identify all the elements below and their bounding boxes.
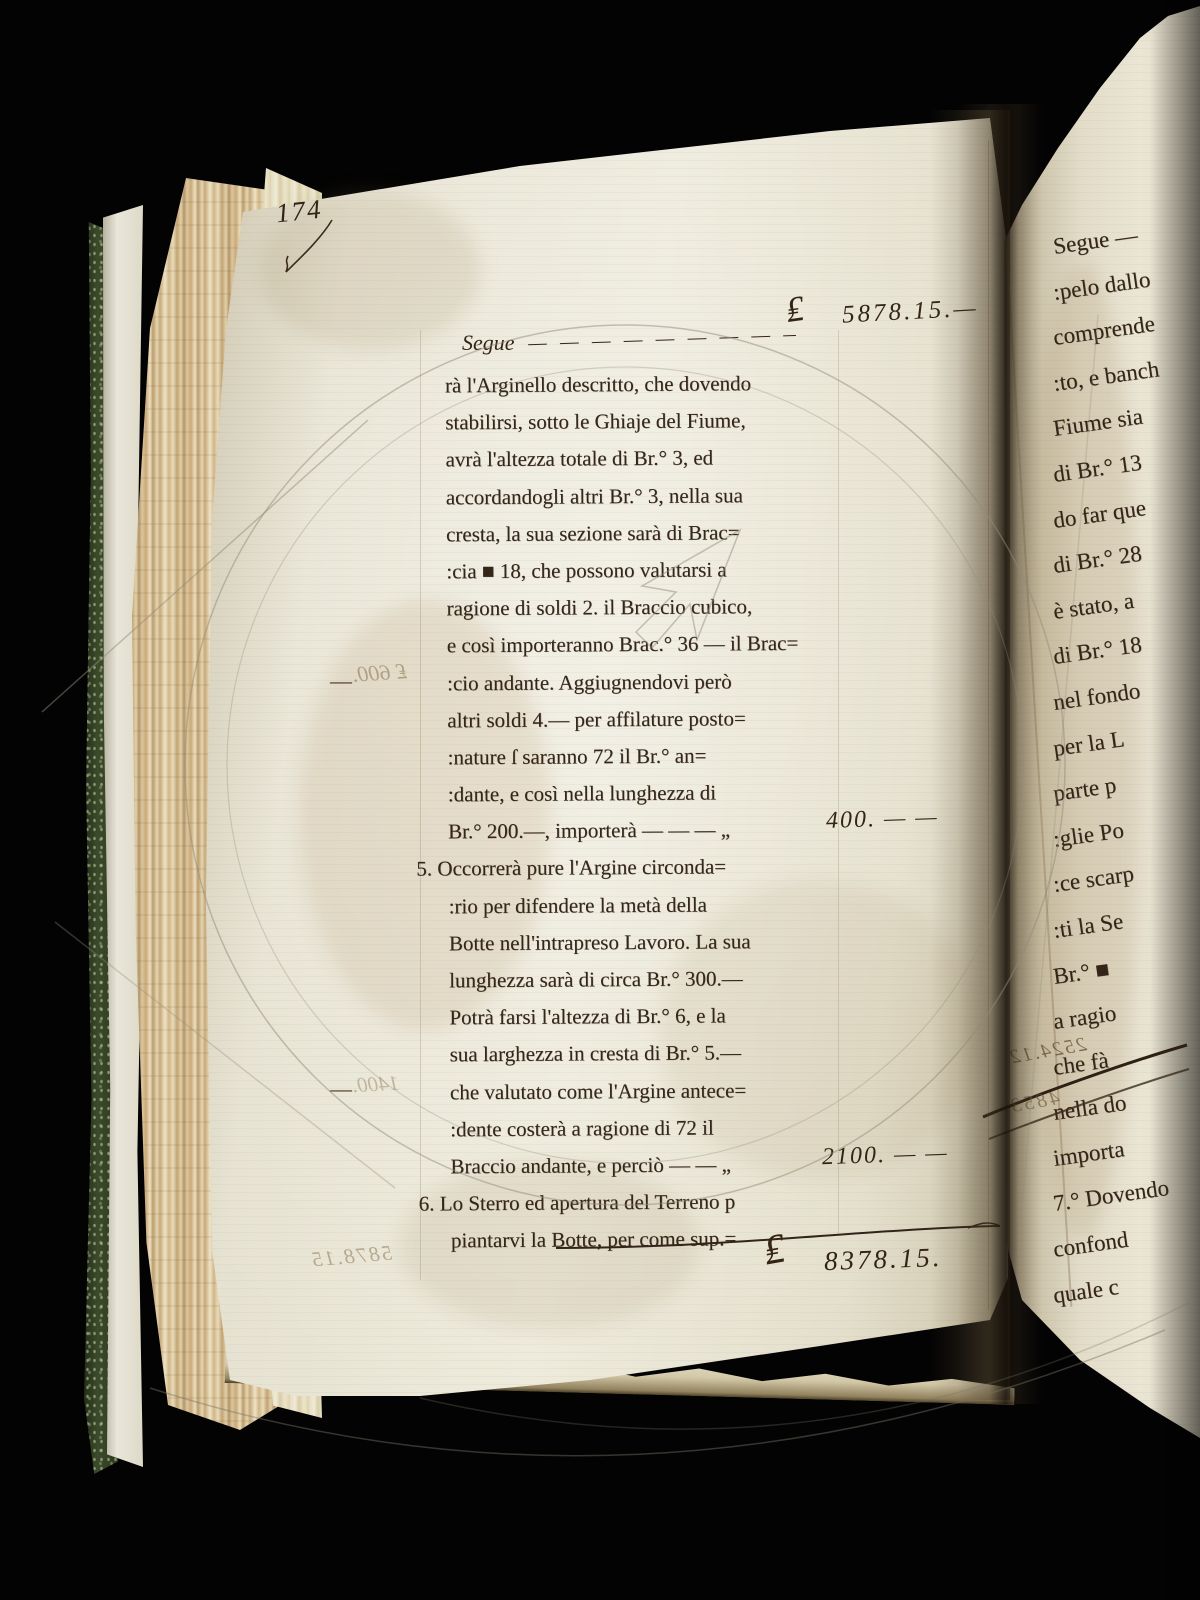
manuscript-line: :cio andante. Aggiugnendovi però — [447, 662, 843, 702]
manuscript-line: e così importeranno Brac.° 36 — il Brac= — [447, 625, 843, 665]
manuscript-line: sua larghezza in cresta di Br.° 5.— — [450, 1034, 846, 1074]
manuscript-line: :cia ■ 18, che possono valutarsi a — [446, 551, 842, 591]
manuscript-book-photo: 174 Segue — — — — — — — — — ₤ 5878.15.— … — [0, 0, 1200, 1600]
manuscript-line: :nature ſ saranno 72 il Br.° an= — [447, 736, 843, 776]
manuscript-line: cresta, la sua sezione sarà di Brac= — [446, 513, 842, 553]
bleed-through-600: ₤ 600. — [351, 658, 408, 688]
page-number-flourish — [280, 218, 350, 278]
margin-amount-2100: 2100. — — — [822, 1140, 950, 1171]
total-amount: 8378.15. — [823, 1242, 943, 1277]
left-page-text-block: rà l'Arginello descritto, che dovendosta… — [445, 365, 847, 1260]
manuscript-line: Br.° 200.—, importerà — — — „ — [448, 811, 844, 851]
manuscript-line: :dante, e così nella lunghezza di — [448, 774, 844, 814]
manuscript-line: :rio per difendere la metà della — [449, 885, 845, 925]
margin-tick: — — [330, 1076, 352, 1102]
manuscript-line: altri soldi 4.— per affilature posto= — [447, 699, 843, 739]
manuscript-line: rà l'Arginello descritto, che dovendo — [445, 365, 841, 405]
book-gutter-shadow — [958, 104, 1042, 1404]
bleed-through-1400: 1400. — [351, 1071, 399, 1098]
carry-forward-label: Segue — [462, 330, 515, 356]
right-page-text-block: Segue —:pelo dallocomprende:to, e banchF… — [1054, 224, 1200, 1318]
manuscript-line: 5. Occorrerà pure l'Argine circonda= — [448, 848, 844, 888]
manuscript-line: Braccio andante, e perciò — — „ — [450, 1146, 846, 1186]
manuscript-line: Botte nell'intrapreso Lavoro. La sua — [449, 922, 845, 962]
manuscript-line: :dente costerà a ragione di 72 il — [450, 1108, 846, 1148]
manuscript-line: stabilirsi, sotto le Ghiaje del Fiume, — [445, 402, 841, 442]
margin-rule-left — [420, 330, 421, 1280]
manuscript-line: lunghezza sarà di circa Br.° 300.— — [449, 960, 845, 1000]
manuscript-line: avrà l'altezza totale di Br.° 3, ed — [445, 439, 841, 479]
manuscript-line: ragione di soldi 2. il Braccio cubico, — [446, 588, 842, 628]
manuscript-line: Potrà farsi l'altezza di Br.° 6, e la — [449, 997, 845, 1037]
manuscript-line: che valutato come l'Argine antece= — [450, 1071, 846, 1111]
margin-amount-400: 400. — — — [826, 804, 940, 835]
manuscript-line: accordandogli altri Br.° 3, nella sua — [446, 476, 842, 516]
margin-tick: — — [330, 668, 352, 694]
